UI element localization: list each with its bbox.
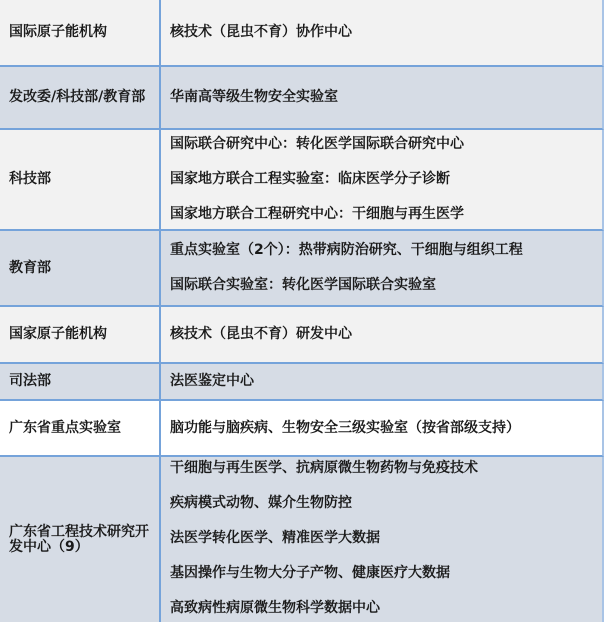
- department-label: 教育部: [9, 261, 51, 276]
- department-cell: 广东省工程技术研究开发中心（9）: [0, 457, 161, 622]
- table-row: 广东省重点实验室 脑功能与脑疾病、生物安全三级实验室（按省部级支持）: [0, 401, 604, 457]
- platform-item: 基因操作与生物大分子产物、健康医疗大数据: [170, 556, 602, 591]
- platform-item: 国际联合研究中心：转化医学国际联合研究中心: [170, 127, 602, 162]
- department-cell: 广东省重点实验室: [0, 401, 161, 455]
- department-label: 广东省重点实验室: [9, 421, 121, 436]
- department-label: 发改委/科技部/教育部: [9, 90, 145, 105]
- platform-cell: 脑功能与脑疾病、生物安全三级实验室（按省部级支持）: [161, 401, 602, 455]
- table-row: 广东省工程技术研究开发中心（9） 干细胞与再生医学、抗病原微生物药物与免疫技术 …: [0, 457, 604, 622]
- table-row: 国家原子能机构 核技术（昆虫不育）研发中心: [0, 307, 604, 364]
- department-cell: 教育部: [0, 231, 161, 305]
- department-label: 广东省工程技术研究开发中心（9）: [9, 525, 151, 555]
- department-cell: 国际原子能机构: [0, 0, 161, 65]
- platform-cell: 干细胞与再生医学、抗病原微生物药物与免疫技术 疾病模式动物、媒介生物防控 法医学…: [161, 451, 602, 622]
- department-cell: 发改委/科技部/教育部: [0, 67, 161, 128]
- platform-item: 国家地方联合工程研究中心：干细胞与再生医学: [170, 197, 602, 232]
- department-cell: 科技部: [0, 130, 161, 229]
- department-label: 科技部: [9, 172, 51, 187]
- table-row: 科技部 国际联合研究中心：转化医学国际联合研究中心 国家地方联合工程实验室：临床…: [0, 130, 604, 231]
- platform-item: 国家地方联合工程实验室：临床医学分子诊断: [170, 162, 602, 197]
- platform-item: 干细胞与再生医学、抗病原微生物药物与免疫技术: [170, 451, 602, 486]
- table-row: 国际原子能机构 核技术（昆虫不育）协作中心: [0, 0, 604, 67]
- department-cell: 司法部: [0, 364, 161, 399]
- platform-cell: 法医鉴定中心: [161, 364, 602, 399]
- department-label: 司法部: [9, 374, 51, 389]
- platform-item: 法医学转化医学、精准医学大数据: [170, 521, 602, 556]
- platform-item: 华南高等级生物安全实验室: [170, 80, 602, 115]
- platform-cell: 核技术（昆虫不育）协作中心: [161, 0, 602, 65]
- platform-item: 核技术（昆虫不育）协作中心: [170, 15, 602, 50]
- platform-cell: 华南高等级生物安全实验室: [161, 67, 602, 128]
- platform-item: 核技术（昆虫不育）研发中心: [170, 317, 602, 352]
- department-label: 国家原子能机构: [9, 327, 107, 342]
- platform-item: 重点实验室（2个）：热带病防治研究、干细胞与组织工程: [170, 233, 602, 268]
- platform-cell: 国际联合研究中心：转化医学国际联合研究中心 国家地方联合工程实验室：临床医学分子…: [161, 130, 602, 229]
- department-label: 国际原子能机构: [9, 25, 107, 40]
- platform-item: 脑功能与脑疾病、生物安全三级实验室（按省部级支持）: [170, 411, 602, 446]
- platform-item: 疾病模式动物、媒介生物防控: [170, 486, 602, 521]
- platform-cell: 重点实验室（2个）：热带病防治研究、干细胞与组织工程 国际联合实验室：转化医学国…: [161, 231, 602, 305]
- platform-item: 法医鉴定中心: [170, 364, 602, 399]
- table-row: 发改委/科技部/教育部 华南高等级生物安全实验室: [0, 67, 604, 130]
- platform-item: 高致病性病原微生物科学数据中心: [170, 591, 602, 622]
- platform-item: 国际联合实验室：转化医学国际联合实验室: [170, 268, 602, 303]
- table-row: 教育部 重点实验室（2个）：热带病防治研究、干细胞与组织工程 国际联合实验室：转…: [0, 231, 604, 307]
- department-cell: 国家原子能机构: [0, 307, 161, 362]
- table-row: 司法部 法医鉴定中心: [0, 364, 604, 401]
- platform-cell: 核技术（昆虫不育）研发中心: [161, 307, 602, 362]
